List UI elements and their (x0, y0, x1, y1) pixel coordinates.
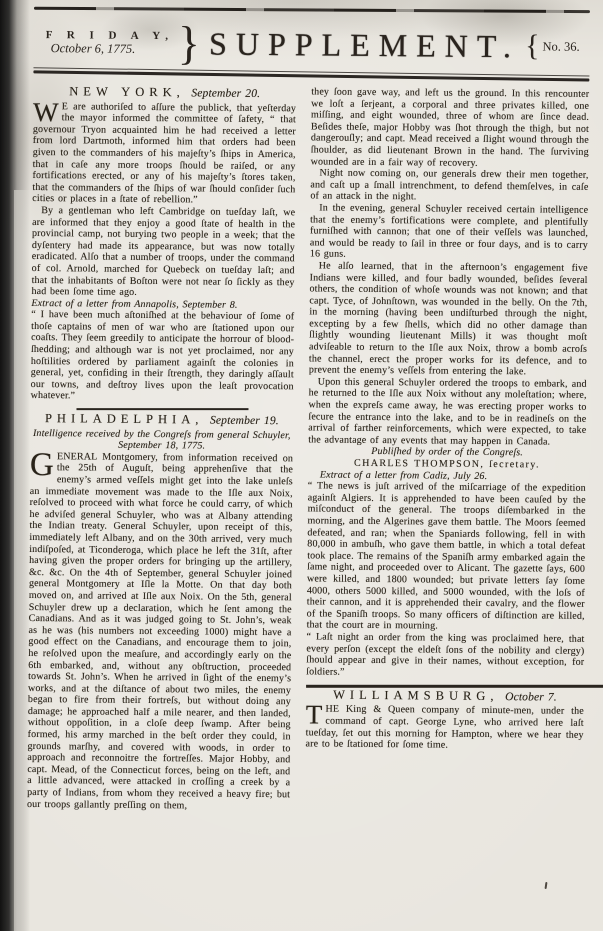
paragraph-text: ENERAL Montgomery, from information rece… (27, 451, 293, 811)
masthead-date-block: F R I D A Y, October 6, 1775. (46, 29, 174, 57)
headline-city: WILLIAMSBURG, (333, 689, 498, 703)
headline-city: NEW YORK, (69, 86, 185, 99)
headline-date: September 19. (210, 415, 279, 428)
body-columns: NEW YORK, September 20. WE are authoriſe… (27, 84, 589, 815)
headline-date: September 20. (191, 87, 260, 100)
headline-new-york: NEW YORK, September 20. (33, 86, 296, 101)
article-paragraph: In the evening, general Schuyler receive… (310, 202, 588, 262)
left-brace-glyph: } (178, 23, 200, 64)
issue-block: { No. 36. (525, 33, 580, 59)
section-divider (306, 685, 603, 688)
headline-williamsburg: WILLIAMSBURG, October 7. (306, 689, 584, 704)
article-paragraph: “ I have been much aſtoniſhed at the beh… (31, 309, 295, 404)
paragraph-text: E are authoriſed to aſſure the publick, … (32, 101, 296, 206)
masthead-date: October 6, 1775. (51, 41, 174, 57)
right-brace-glyph: { (525, 33, 540, 59)
section-divider (76, 408, 248, 410)
drop-cap: W (33, 101, 62, 124)
drop-cap: G (30, 451, 57, 478)
article-paragraph: Night now coming on, our generals drew t… (310, 168, 588, 205)
issue-number: No. 36. (542, 39, 579, 54)
article-paragraph: “ The news is juſt arrived of the miſcar… (307, 481, 586, 634)
masthead: F R I D A Y, October 6, 1775. } SUPPLEME… (33, 18, 589, 71)
article-paragraph: they ſoon gave way, and left us the grou… (311, 86, 590, 170)
paragraph-text: HE King & Queen company of minute-men, u… (306, 704, 584, 751)
article-paragraph: THE King & Queen company of minute-men, … (306, 704, 584, 753)
article-paragraph: WE are authoriſed to aſſure the publick,… (32, 101, 296, 208)
ink-speck (545, 882, 548, 889)
article-paragraph: By a gentleman who left Cambridge on tue… (31, 205, 295, 300)
masthead-top-rule (34, 7, 590, 13)
article-paragraph: Upon this general Schuyler ordered the t… (308, 376, 587, 448)
article-subheading: Intelligence received by the Congreſs fr… (30, 428, 293, 453)
column-left: NEW YORK, September 20. WE are authoriſe… (27, 84, 296, 812)
page-content: F R I D A Y, October 6, 1775. } SUPPLEME… (27, 6, 590, 815)
headline-philadelphia: PHILADELPHIA, September 19. (30, 413, 293, 428)
masthead-day: F R I D A Y, (46, 29, 174, 42)
masthead-title: SUPPLEMENT. (204, 25, 525, 65)
drop-cap: T (306, 704, 326, 727)
newspaper-page: F R I D A Y, October 6, 1775. } SUPPLEME… (0, 0, 603, 931)
article-paragraph: He alſo learned, that in the afternoon’s… (309, 260, 588, 378)
column-right: they ſoon gave way, and left us the grou… (305, 86, 589, 815)
headline-city: PHILADELPHIA, (45, 413, 204, 427)
article-paragraph: “ Laſt night an order from the king was … (306, 631, 584, 680)
headline-date: October 7. (505, 691, 557, 703)
article-paragraph: GENERAL Montgomery, from information rec… (27, 451, 293, 813)
